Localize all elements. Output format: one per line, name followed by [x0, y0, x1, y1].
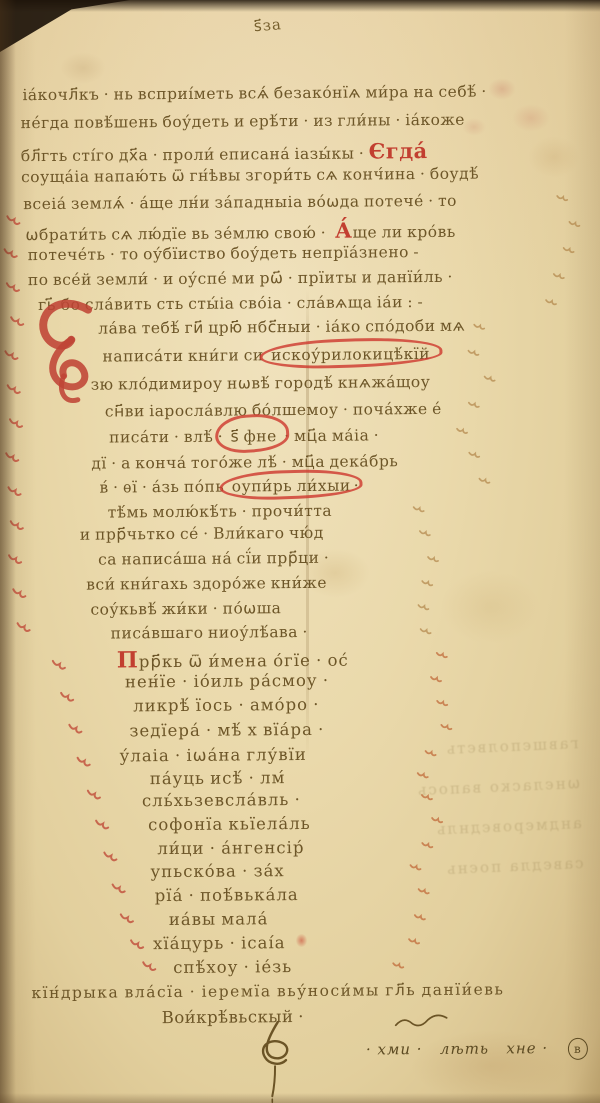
red-circle-annotation: оупи́рь ли́хыи [229, 477, 354, 496]
annotation-part: лѣть [440, 1040, 489, 1058]
text-line: зю кло́димироу нѡвѣ́ городѣ́ кнѧжа́щоу [91, 373, 431, 394]
text-segment: · мц҃а ма́іа · [284, 426, 379, 445]
text-line: ѡбрати́ть сѧ лю́дїе вь зе́млю свою́ · А́… [25, 217, 455, 245]
text-line: хїа́цурь · ісаі́а [153, 933, 286, 953]
text-line: всеіа́ землѧ́ · а́ще лн́и за́падныіа во́… [23, 192, 457, 213]
text-line: писа́ти · влѣ́ · ѕ҃ фне · мц҃а ма́іа · [109, 426, 379, 446]
text-line: сль́хьзевсла́вль · [142, 790, 301, 810]
text-line: Прр҃кь ѿ и́мена о́гїе · ос́ [117, 646, 349, 674]
text-line: спѣ́хоу · іе́зь [173, 957, 292, 977]
circled-letter: в [568, 1038, 588, 1060]
text-segment: ѡбрати́ть сѧ лю́дїе вь зе́млю свою́ · [25, 224, 326, 244]
text-segment: написа́ти кни́ги си [102, 346, 263, 365]
manuscript-page: гавшєполвєть ѡнєласко вапось андмєровєдн… [0, 0, 600, 1103]
text-line: софонїа кьїела́ль [148, 814, 311, 834]
text-line: не́гда повѣ́шень боу́деть и ерѣ́ти · из … [21, 111, 465, 132]
text-line: рїа́ · поѣ́вька́ла [155, 885, 299, 905]
text-line: в́ · ѳї · а́зь по́пь оупи́рь ли́хыи· [99, 477, 359, 497]
line-end-tick-marks [387, 196, 585, 968]
text-line: дї · а конча́ того́же лѣ́ · мц҃а дека́бр… [91, 452, 398, 472]
folio-number: ѕ҃за [253, 15, 282, 35]
text-line: Вои́крѣ́вьскый · [162, 1007, 304, 1027]
text-line: иа́вы мала́ [169, 909, 269, 929]
text-line: вси́ кни́гахь здоро́же кни́же [86, 574, 327, 594]
rubric-initial: П [117, 647, 139, 673]
rubric-initial: А́ [335, 218, 353, 243]
text-line: тѣ́мь молю́кѣ́ть · прочи́тта [108, 502, 333, 522]
text-line: іа́кочл҃къ · нь всприі́меть всѧ́ безако́… [22, 83, 487, 105]
text-line: нен́їе · іо́иль ра́смоу · [125, 671, 329, 692]
text-segment: ще ли кро́вь [352, 223, 455, 242]
text-line: гь҃ бо сла́вить сть сты́іа сво́іа · сла́… [38, 293, 423, 314]
text-line: писа́вшаго ниоу́лѣ́ава · [111, 623, 308, 643]
scribal-knot-flourish [263, 1022, 288, 1102]
text-line: ли́ци · а́нгенсір́ [157, 838, 304, 858]
text-line: кїн́дрыка вла́сїа · іеремїа вьу́носи́мы … [31, 980, 504, 1002]
text-line: соуща́іа напаю́ть ѿ гн́ѣвы згори́ть сѧ к… [21, 165, 479, 187]
text-segment: рр҃кь ѿ и́мена о́гїе · ос́ [139, 651, 349, 672]
text-line: написа́ти кни́ги си искоу́рилокицѣ́кїй [102, 345, 433, 366]
text-line: у́лаіа · іѡа́на глу́вїи [120, 745, 307, 765]
text-segment: бл҃гть сті́го дх҃а · проли́ еписана́ іаз… [21, 144, 365, 165]
text-line: бл҃гть сті́го дх҃а · проли́ еписана́ іаз… [21, 138, 428, 166]
ink-layer: ѕ҃за іа́кочл҃къ · нь всприі́меть всѧ́ бе… [0, 0, 600, 1103]
wavy-pen-trial [396, 1015, 447, 1025]
text-line: зедїера́ · мѣ́ х вїа́ра · [129, 720, 324, 741]
text-line: са написа́ша на́ сї́и прр҃ци · [98, 549, 329, 569]
date-annotation: · хми · лѣть хне · в [366, 1038, 588, 1062]
text-line: потече́ть · то оу́бїиство боу́деть непрї… [28, 243, 420, 264]
text-line: па́уць исѣ́ · лм́ [150, 768, 286, 788]
text-segment: писа́ти · влѣ́ · [109, 428, 223, 447]
red-circle-annotation: ѕ҃ фне [228, 427, 280, 445]
annotation-part: · хми · [366, 1040, 423, 1058]
text-line: ла́ва тебѣ́ ги҃ црю҃ нбс҃ныи · іа́ко спо… [98, 317, 465, 338]
rubric-initial: Єгда́ [369, 138, 428, 163]
text-segment: в́ · ѳї · а́зь по́пь [99, 478, 224, 497]
text-line: упьско́ва · за́х [150, 861, 284, 881]
text-line: соу́кьвѣ́ жи́ки · по́ѡша [90, 599, 281, 618]
red-circle-annotation: искоу́рилокицѣ́кїй [268, 345, 433, 364]
text-line: и прр҃чьтко се́ · Вли́каго чю́д [80, 524, 324, 544]
text-line: ликрѣ́ їось · амо́ро · [133, 695, 319, 715]
text-line: по все́й земли́ · и оу́спе́ ми рѡ҃ · прї… [28, 268, 453, 289]
page-edge-left [0, 0, 16, 1103]
annotation-part: хне · [506, 1039, 548, 1057]
text-line: сн҃ви іаросла́влю бо́лшемоу · поча́хже е… [105, 400, 442, 421]
page-edge-bottom [0, 1093, 600, 1103]
text-segment: · [354, 477, 360, 495]
